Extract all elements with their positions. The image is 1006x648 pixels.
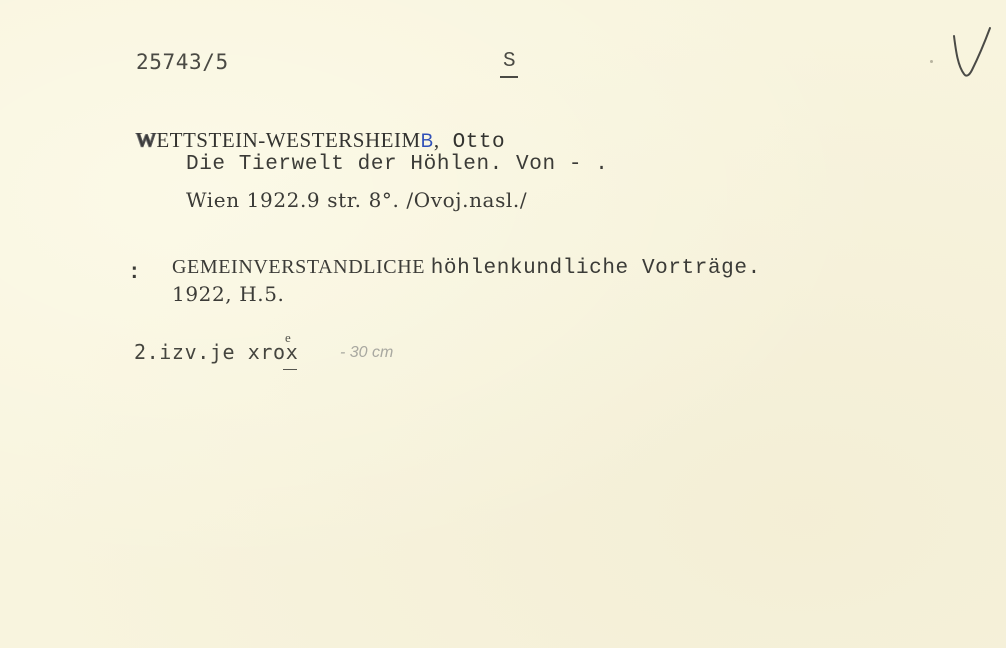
title-line: Die Tierwelt der Höhlen. Von - . (186, 153, 608, 176)
author-heading: WETTSTEIN-WESTERSHEIMB, Otto (136, 128, 505, 154)
series-name-main: GEMEINVERSTANDLICHE (172, 256, 431, 278)
author-given-name: Otto (440, 131, 506, 154)
pencil-annotation: - 30 cm (340, 344, 393, 362)
note-correction-underline (283, 369, 297, 370)
paper-speck (930, 60, 933, 63)
call-number: 25743/5 (136, 50, 229, 74)
note-superscript-correction: e (285, 330, 291, 346)
series-name-tail: höhlenkundliche Vorträge. (431, 257, 761, 280)
check-mark-icon (948, 22, 992, 82)
series-marker: : (128, 262, 141, 285)
series-name: GEMEINVERSTANDLICHE höhlenkundliche Vort… (172, 256, 761, 280)
series-volume: 1922, H.5. (172, 282, 285, 306)
section-letter: S (503, 50, 516, 73)
note-line: 2.izv.je xrox (134, 340, 298, 364)
author-surname: ETTSTEIN-WESTERSHEIM (156, 128, 420, 152)
author-pen-correction: B (421, 131, 434, 152)
section-letter-underline (500, 76, 518, 78)
catalog-card: 25743/5 S WETTSTEIN-WESTERSHEIMB, Otto D… (0, 0, 1006, 648)
author-overtyped-letter: W (136, 128, 156, 152)
publication-line: Wien 1922.9 str. 8°. /Ovoj.nasl./ (186, 188, 527, 212)
